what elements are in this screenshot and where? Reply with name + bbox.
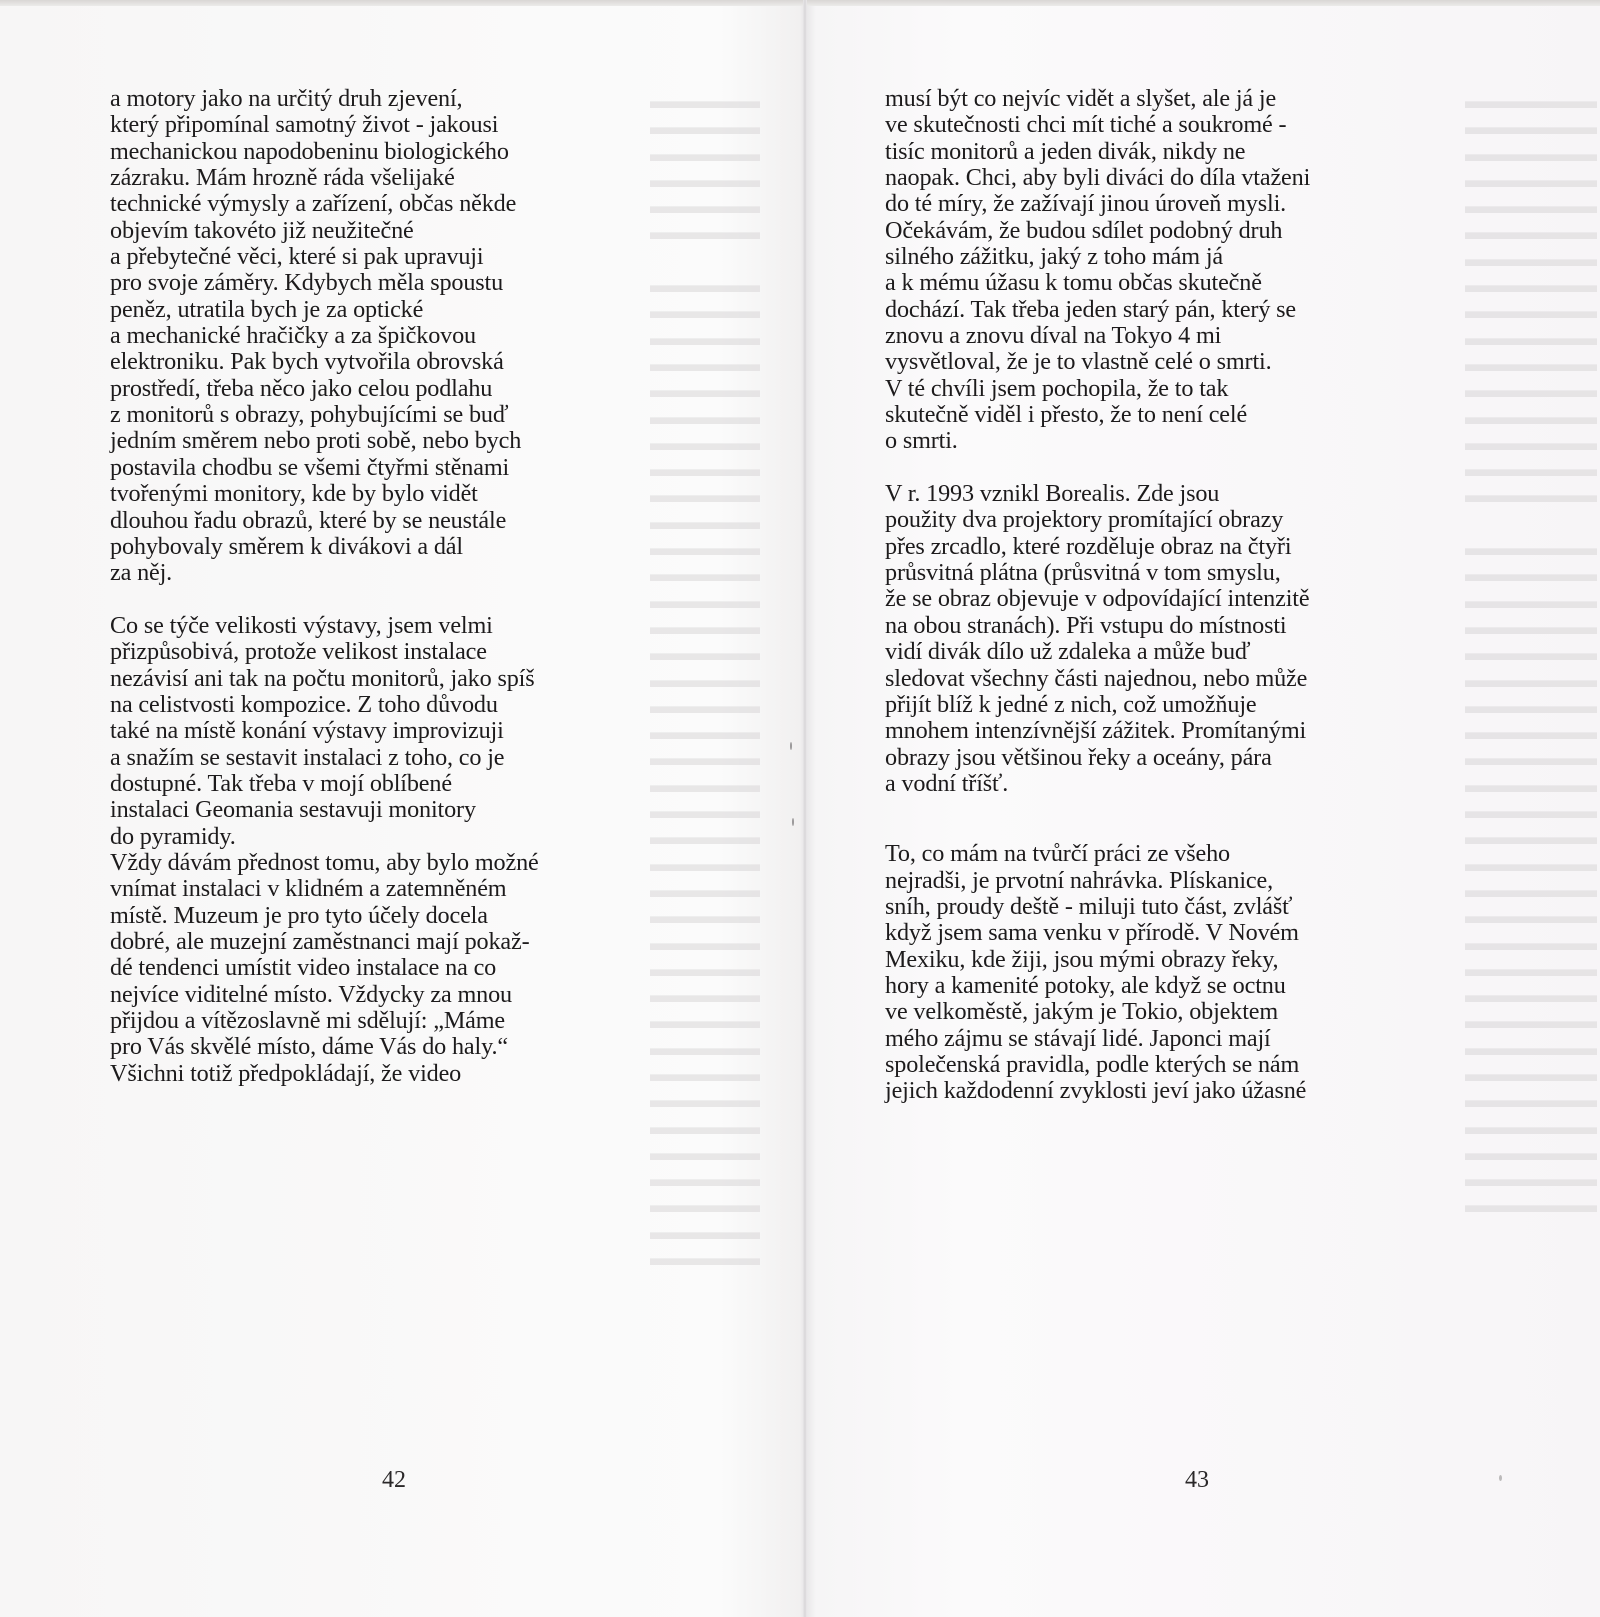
- text-line: z monitorů s obrazy, pohybujícími se buď: [110, 402, 670, 428]
- paragraph: musí být co nejvíc vidět a slyšet, ale j…: [885, 86, 1475, 455]
- text-line: a snažím se sestavit instalaci z toho, c…: [110, 745, 670, 771]
- text-line: sledovat všechny části najednou, nebo mů…: [885, 666, 1475, 692]
- text-line: musí být co nejvíc vidět a slyšet, ale j…: [885, 86, 1475, 112]
- text-line: dochází. Tak třeba jeden starý pán, kter…: [885, 297, 1475, 323]
- text-line: Očekávám, že budou sdílet podobný druh: [885, 218, 1475, 244]
- text-line: objevím takovéto již neužitečné: [110, 218, 670, 244]
- scan-speck: [1499, 1475, 1502, 1481]
- text-line: nezávisí ani tak na počtu monitorů, jako…: [110, 666, 670, 692]
- text-line: a vodní tříšť.: [885, 771, 1475, 797]
- text-line: zázraku. Mám hrozně ráda všelijaké: [110, 165, 670, 191]
- text-line: použity dva projektory promítající obraz…: [885, 507, 1475, 533]
- text-line: dostupné. Tak třeba v mojí oblíbené: [110, 771, 670, 797]
- text-line: tvořenými monitory, kde by bylo vidět: [110, 481, 670, 507]
- text-line: mechanickou napodobeninu biologického: [110, 139, 670, 165]
- right-page-body: musí být co nejvíc vidět a slyšet, ale j…: [885, 86, 1475, 1105]
- text-line: mého zájmu se stávají lidé. Japonci mají: [885, 1026, 1475, 1052]
- text-line: místě. Muzeum je pro tyto účely docela: [110, 903, 670, 929]
- text-line: že se obraz objevuje v odpovídající inte…: [885, 586, 1475, 612]
- paragraph: Co se týče velikosti výstavy, jsem velmi…: [110, 613, 670, 850]
- text-line: dlouhou řadu obrazů, které by se neustál…: [110, 508, 670, 534]
- paragraph: a motory jako na určitý druh zjevení, kt…: [110, 86, 670, 587]
- text-line: nejvíce viditelné místo. Vždycky za mnou: [110, 982, 670, 1008]
- text-line: a k mému úžasu k tomu občas skutečně: [885, 270, 1475, 296]
- text-line: za něj.: [110, 560, 670, 586]
- text-line: ve skutečnosti chci mít tiché a soukromé…: [885, 112, 1475, 138]
- text-line: V té chvíli jsem pochopila, že to tak: [885, 376, 1475, 402]
- text-line: Všichni totiž předpokládají, že video: [110, 1061, 670, 1087]
- page-number: 43: [1185, 1467, 1209, 1494]
- scan-speck: [790, 742, 792, 750]
- text-line: Mexiku, kde žiji, jsou mými obrazy řeky,: [885, 947, 1475, 973]
- text-line: Vždy dávám přednost tomu, aby bylo možné: [110, 850, 670, 876]
- text-line: V r. 1993 vznikl Borealis. Zde jsou: [885, 481, 1475, 507]
- text-line: sníh, proudy deště - miluji tuto část, z…: [885, 894, 1475, 920]
- text-line: pro Vás skvělé místo, dáme Vás do haly.“: [110, 1034, 670, 1060]
- text-line: do pyramidy.: [110, 824, 670, 850]
- text-line: tisíc monitorů a jeden divák, nikdy ne: [885, 139, 1475, 165]
- text-line: dé tendenci umístit video instalace na c…: [110, 955, 670, 981]
- book-spread: ▬▬▬▬▬ ▬▬▬▬▬ ▬▬▬▬▬ ▬▬▬▬▬ ▬▬▬▬▬ ▬▬▬▬▬ ▬▬▬▬…: [0, 0, 1600, 1617]
- text-line: technické výmysly a zařízení, občas někd…: [110, 191, 670, 217]
- text-line: který připomínal samotný život - jakousi: [110, 112, 670, 138]
- text-line: elektroniku. Pak bych vytvořila obrovská: [110, 349, 670, 375]
- text-line: znovu a znovu díval na Tokyo 4 mi: [885, 323, 1475, 349]
- show-through-texture: ▬▬▬▬▬▬ ▬▬▬▬▬▬ ▬▬▬▬▬▬ ▬▬▬▬▬▬ ▬▬▬▬▬▬ ▬▬▬▬▬…: [1457, 88, 1597, 1268]
- text-line: instalaci Geomania sestavuji monitory: [110, 797, 670, 823]
- text-line: jejich každodenní zvyklosti jeví jako úž…: [885, 1078, 1475, 1104]
- text-line: vysvětloval, že je to vlastně celé o smr…: [885, 349, 1475, 375]
- text-line: přizpůsobivá, protože velikost instalace: [110, 639, 670, 665]
- text-line: a přebytečné věci, které si pak upravuji: [110, 244, 670, 270]
- text-line: přijít blíž k jedné z nich, což umožňuje: [885, 692, 1475, 718]
- text-line: přijdou a vítězoslavně mi sdělují: „Máme: [110, 1008, 670, 1034]
- text-line: když jsem sama venku v přírodě. V Novém: [885, 920, 1475, 946]
- text-line: přes zrcadlo, které rozděluje obraz na č…: [885, 534, 1475, 560]
- text-line: ve velkoměstě, jakým je Tokio, objektem: [885, 999, 1475, 1025]
- text-line: vidí divák dílo už zdaleka a může buď: [885, 639, 1475, 665]
- text-line: a mechanické hračičky a za špičkovou: [110, 323, 670, 349]
- left-page: ▬▬▬▬▬ ▬▬▬▬▬ ▬▬▬▬▬ ▬▬▬▬▬ ▬▬▬▬▬ ▬▬▬▬▬ ▬▬▬▬…: [0, 0, 803, 1617]
- text-line: peněz, utratila bych je za optické: [110, 297, 670, 323]
- paragraph: To, co mám na tvůrčí práci ze všeho nejr…: [885, 841, 1475, 1104]
- page-number: 42: [382, 1467, 406, 1494]
- paragraph: V r. 1993 vznikl Borealis. Zde jsou použ…: [885, 481, 1475, 797]
- text-line: průsvitná plátna (průsvitná v tom smyslu…: [885, 560, 1475, 586]
- text-line: obrazy jsou většinou řeky a oceány, pára: [885, 745, 1475, 771]
- text-line: také na místě konání výstavy improvizuji: [110, 718, 670, 744]
- text-line: hory a kamenité potoky, ale když se octn…: [885, 973, 1475, 999]
- text-line: o smrti.: [885, 428, 1475, 454]
- text-line: do té míry, že zažívají jinou úroveň mys…: [885, 191, 1475, 217]
- paragraph: Vždy dávám přednost tomu, aby bylo možné…: [110, 850, 670, 1087]
- text-line: na obou stranách). Při vstupu do místnos…: [885, 613, 1475, 639]
- text-line: jedním směrem nebo proti sobě, nebo bych: [110, 428, 670, 454]
- text-line: mnohem intenzívnější zážitek. Promítaným…: [885, 718, 1475, 744]
- text-line: silného zážitku, jaký z toho mám já: [885, 244, 1475, 270]
- text-line: vnímat instalaci v klidném a zatemněném: [110, 876, 670, 902]
- text-line: skutečně viděl i přesto, že to není celé: [885, 402, 1475, 428]
- text-line: Co se týče velikosti výstavy, jsem velmi: [110, 613, 670, 639]
- right-page: ▬▬▬▬▬▬ ▬▬▬▬▬▬ ▬▬▬▬▬▬ ▬▬▬▬▬▬ ▬▬▬▬▬▬ ▬▬▬▬▬…: [807, 0, 1600, 1617]
- text-line: společenská pravidla, podle kterých se n…: [885, 1052, 1475, 1078]
- text-line: nejradši, je prvotní nahrávka. Plískanic…: [885, 868, 1475, 894]
- text-line: a motory jako na určitý druh zjevení,: [110, 86, 670, 112]
- text-line: pro svoje záměry. Kdybych měla spoustu: [110, 270, 670, 296]
- text-line: postavila chodbu se všemi čtyřmi stěnami: [110, 455, 670, 481]
- text-line: naopak. Chci, aby byli diváci do díla vt…: [885, 165, 1475, 191]
- left-page-body: a motory jako na určitý druh zjevení, kt…: [110, 86, 670, 1087]
- text-line: To, co mám na tvůrčí práci ze všeho: [885, 841, 1475, 867]
- text-line: na celistvosti kompozice. Z toho důvodu: [110, 692, 670, 718]
- text-line: dobré, ale muzejní zaměstnanci mají poka…: [110, 929, 670, 955]
- text-line: prostředí, třeba něco jako celou podlahu: [110, 376, 670, 402]
- scan-speck: [792, 818, 794, 826]
- text-line: pohybovaly směrem k divákovi a dál: [110, 534, 670, 560]
